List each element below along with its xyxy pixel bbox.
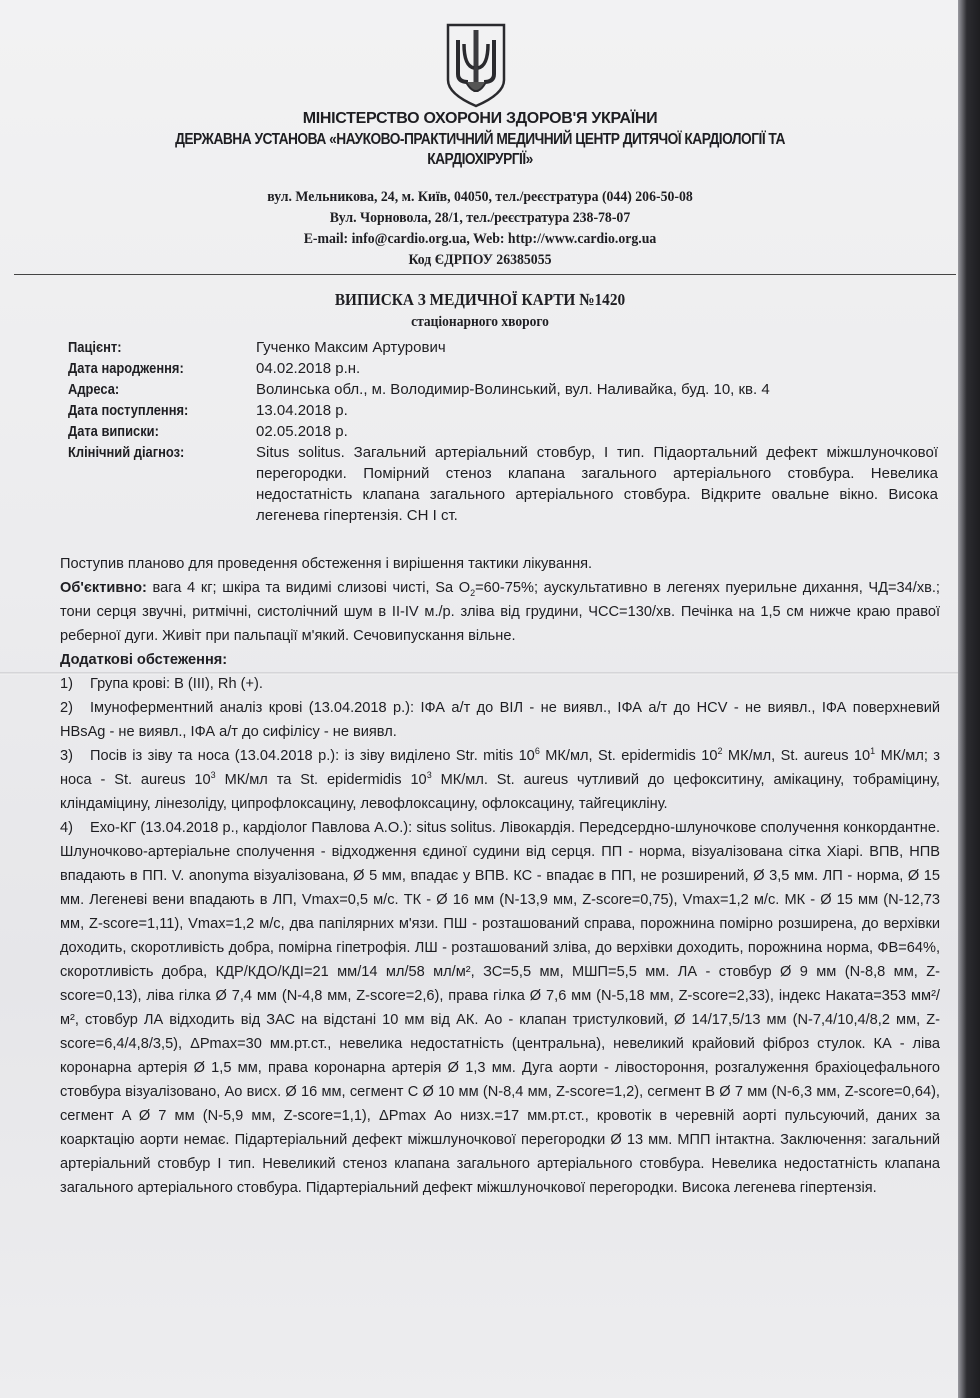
patient-info: Пацієнт: Гученко Максим Артурович Дата н… xyxy=(68,337,938,526)
ministry-name: МІНІСТЕРСТВО ОХОРОНИ ЗДОРОВ'Я УКРАЇНИ xyxy=(0,110,960,128)
document-subtitle: стаціонарного хворого xyxy=(48,314,912,331)
list-item: 1)Група крові: B (III), Rh (+). xyxy=(60,672,940,696)
objective-paragraph: Об'єктивно: вага 4 кг; шкіра та видимі с… xyxy=(60,576,940,648)
item-number: 4) xyxy=(60,816,90,840)
list-item: 4)Ехо-КГ (13.04.2018 р., кардіолог Павло… xyxy=(60,816,940,1200)
field-label: Дата виписки: xyxy=(68,421,230,442)
list-item: 2)Імуноферментний аналіз крові (13.04.20… xyxy=(60,696,940,744)
item-text: Посів із зіву та носа (13.04.2018 р.): і… xyxy=(90,748,535,764)
admission-text: Поступив планово для проведення обстежен… xyxy=(60,552,940,576)
field-value: Волинська обл., м. Володимир-Волинський,… xyxy=(256,379,938,400)
item-text: Група крові: B (III), Rh (+). xyxy=(90,676,263,692)
institution-name-line1: ДЕРЖАВНА УСТАНОВА «НАУКОВО-ПРАКТИЧНИЙ МЕ… xyxy=(67,131,893,149)
item-text: Імуноферментний аналіз крові (13.04.2018… xyxy=(60,700,940,740)
institution-name-line2: КАРДІОХІРУРГІЇ» xyxy=(67,151,893,169)
header-divider xyxy=(14,274,956,275)
field-label: Клінічний діагноз: xyxy=(68,442,230,526)
field-label: Адреса: xyxy=(68,379,230,400)
item-text: Ехо-КГ (13.04.2018 р., кардіолог Павлова… xyxy=(60,820,940,1196)
objective-label: Об'єктивно: xyxy=(60,580,147,596)
field-value: 02.05.2018 р. xyxy=(256,421,938,442)
trident-emblem-icon xyxy=(444,22,508,108)
field-label: Дата народження: xyxy=(68,358,230,379)
field-value: 04.02.2018 р.н. xyxy=(256,358,938,379)
item-text: МК/мл, St. aureus 10 xyxy=(723,748,871,764)
objective-text: вага 4 кг; шкіра та видимі слизові чисті… xyxy=(147,580,470,596)
document-page: МІНІСТЕРСТВО ОХОРОНИ ЗДОРОВ'Я УКРАЇНИ ДЕ… xyxy=(0,0,960,1398)
item-number: 1) xyxy=(60,672,90,696)
address-secondary: Вул. Чорновола, 28/1, тел./реєстратура 2… xyxy=(38,210,921,227)
field-patient: Пацієнт: Гученко Максим Артурович xyxy=(68,337,938,358)
field-clinical-diagnosis: Клінічний діагноз: Situs solitus. Загаль… xyxy=(68,442,938,526)
address-main: вул. Мельникова, 24, м. Київ, 04050, тел… xyxy=(38,189,921,206)
contacts: E-mail: info@cardio.org.ua, Web: http://… xyxy=(38,231,921,248)
scan-background-edge xyxy=(958,0,980,1398)
item-text: МК/мл та St. epidermidis 10 xyxy=(216,772,427,788)
field-admission-date: Дата поступлення: 13.04.2018 р. xyxy=(68,400,938,421)
field-label: Дата поступлення: xyxy=(68,400,230,421)
section-heading: Додаткові обстеження: xyxy=(60,652,227,668)
list-item: 3)Посів із зіву та носа (13.04.2018 р.):… xyxy=(60,744,940,816)
field-value: 13.04.2018 р. xyxy=(256,400,938,421)
field-label: Пацієнт: xyxy=(68,337,230,358)
field-address: Адреса: Волинська обл., м. Володимир-Вол… xyxy=(68,379,938,400)
item-text: МК/мл, St. epidermidis 10 xyxy=(540,748,718,764)
field-birth-date: Дата народження: 04.02.2018 р.н. xyxy=(68,358,938,379)
field-value: Situs solitus. Загальний артеріальний ст… xyxy=(256,442,938,526)
document-title: ВИПИСКА З МЕДИЧНОЇ КАРТИ №1420 xyxy=(48,290,912,310)
edrpou-code: Код ЄДРПОУ 26385055 xyxy=(38,252,921,269)
field-value: Гученко Максим Артурович xyxy=(256,337,938,358)
additional-tests-label: Додаткові обстеження: xyxy=(60,648,940,672)
item-number: 2) xyxy=(60,696,90,720)
document-body: Поступив планово для проведення обстежен… xyxy=(60,552,940,1200)
field-discharge-date: Дата виписки: 02.05.2018 р. xyxy=(68,421,938,442)
item-number: 3) xyxy=(60,744,90,768)
